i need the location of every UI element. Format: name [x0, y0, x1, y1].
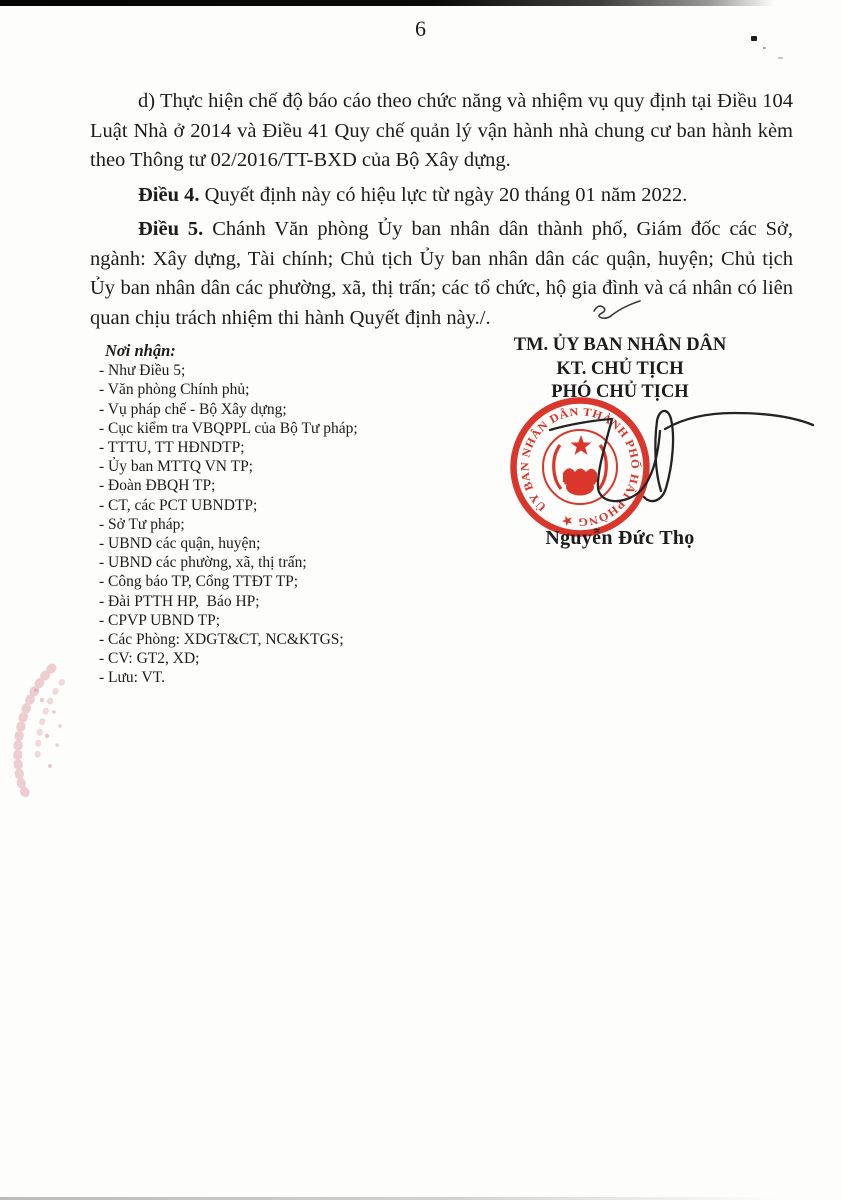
- recipient-item: - Như Điều 5;: [99, 361, 409, 380]
- article-4-text: Quyết định này có hiệu lực từ ngày 20 th…: [205, 184, 688, 206]
- recipient-item: - CV: GT2, XD;: [99, 649, 409, 668]
- recipient-item: - Các Phòng: XDGT&CT, NC&KTGS;: [99, 630, 409, 649]
- seal-ring-text: ỦY BAN NHÂN DÂN THÀNH PHỐ HẢI PHÒNG ★: [498, 385, 662, 549]
- recipients-block: Nơi nhận: - Như Điều 5;- Văn phòng Chính…: [99, 341, 409, 688]
- recipient-item: - Văn phòng Chính phủ;: [99, 380, 409, 399]
- recipient-item: - UBND các phường, xã, thị trấn;: [99, 553, 409, 572]
- recipient-item: - Đài PTTH HP, Báo HP;: [99, 592, 409, 611]
- scan-artifact-top-bar: [0, 0, 790, 6]
- article-4: Điều 4. Quyết định này có hiệu lực từ ng…: [90, 181, 793, 211]
- official-seal: ỦY BAN NHÂN DÂN THÀNH PHỐ HẢI PHÒNG ★: [498, 385, 662, 549]
- emblem-wreath-left: [554, 445, 561, 489]
- article-5-label: Điều 5.: [138, 218, 203, 240]
- recipient-item: - UBND các quận, huyện;: [99, 534, 409, 553]
- recipient-item: - Cục kiểm tra VBQPPL của Bộ Tư pháp;: [99, 419, 409, 438]
- article-4-label: Điều 4.: [138, 184, 200, 206]
- recipients-list: - Như Điều 5;- Văn phòng Chính phủ;- Vụ …: [99, 361, 409, 687]
- seal-outer-ring: [514, 401, 647, 534]
- recipients-heading: Nơi nhận:: [105, 341, 409, 360]
- scan-artifact-speck: [778, 57, 783, 59]
- recipient-item: - TTTU, TT HĐNDTP;: [99, 438, 409, 457]
- scan-artifact-speck: [763, 47, 766, 49]
- recipient-item: - Vụ pháp chế - Bộ Xây dựng;: [99, 400, 409, 419]
- recipient-item: - CPVP UBND TP;: [99, 611, 409, 630]
- recipient-item: - Ủy ban MTTQ VN TP;: [99, 457, 409, 476]
- emblem-star-icon: [571, 435, 592, 455]
- signature-stroke-flourish: [665, 413, 813, 429]
- recipient-item: - Lưu: VT.: [99, 668, 409, 687]
- page-number: 6: [0, 16, 841, 42]
- authority-line-2: KT. CHỦ TỊCH: [440, 358, 800, 382]
- paragraph-d: d) Thực hiện chế độ báo cáo theo chức nă…: [90, 87, 793, 176]
- document-page: 6 d) Thực hiện chế độ báo cáo theo chức …: [0, 0, 841, 1200]
- emblem-gear: [566, 479, 594, 496]
- recipient-item: - Công báo TP, Cổng TTĐT TP;: [99, 572, 409, 591]
- body-text: d) Thực hiện chế độ báo cáo theo chức nă…: [90, 87, 793, 333]
- emblem-wreath-right: [599, 445, 606, 489]
- recipient-item: - Sở Tư pháp;: [99, 515, 409, 534]
- recipient-item: - Đoàn ĐBQH TP;: [99, 476, 409, 495]
- authority-line-1: TM. ỦY BAN NHÂN DÂN: [440, 334, 800, 358]
- article-5: Điều 5. Chánh Văn phòng Ủy ban nhân dân …: [90, 215, 793, 333]
- signer-name: Nguyễn Đức Thọ: [480, 527, 760, 550]
- recipient-item: - CT, các PCT UBNDTP;: [99, 496, 409, 515]
